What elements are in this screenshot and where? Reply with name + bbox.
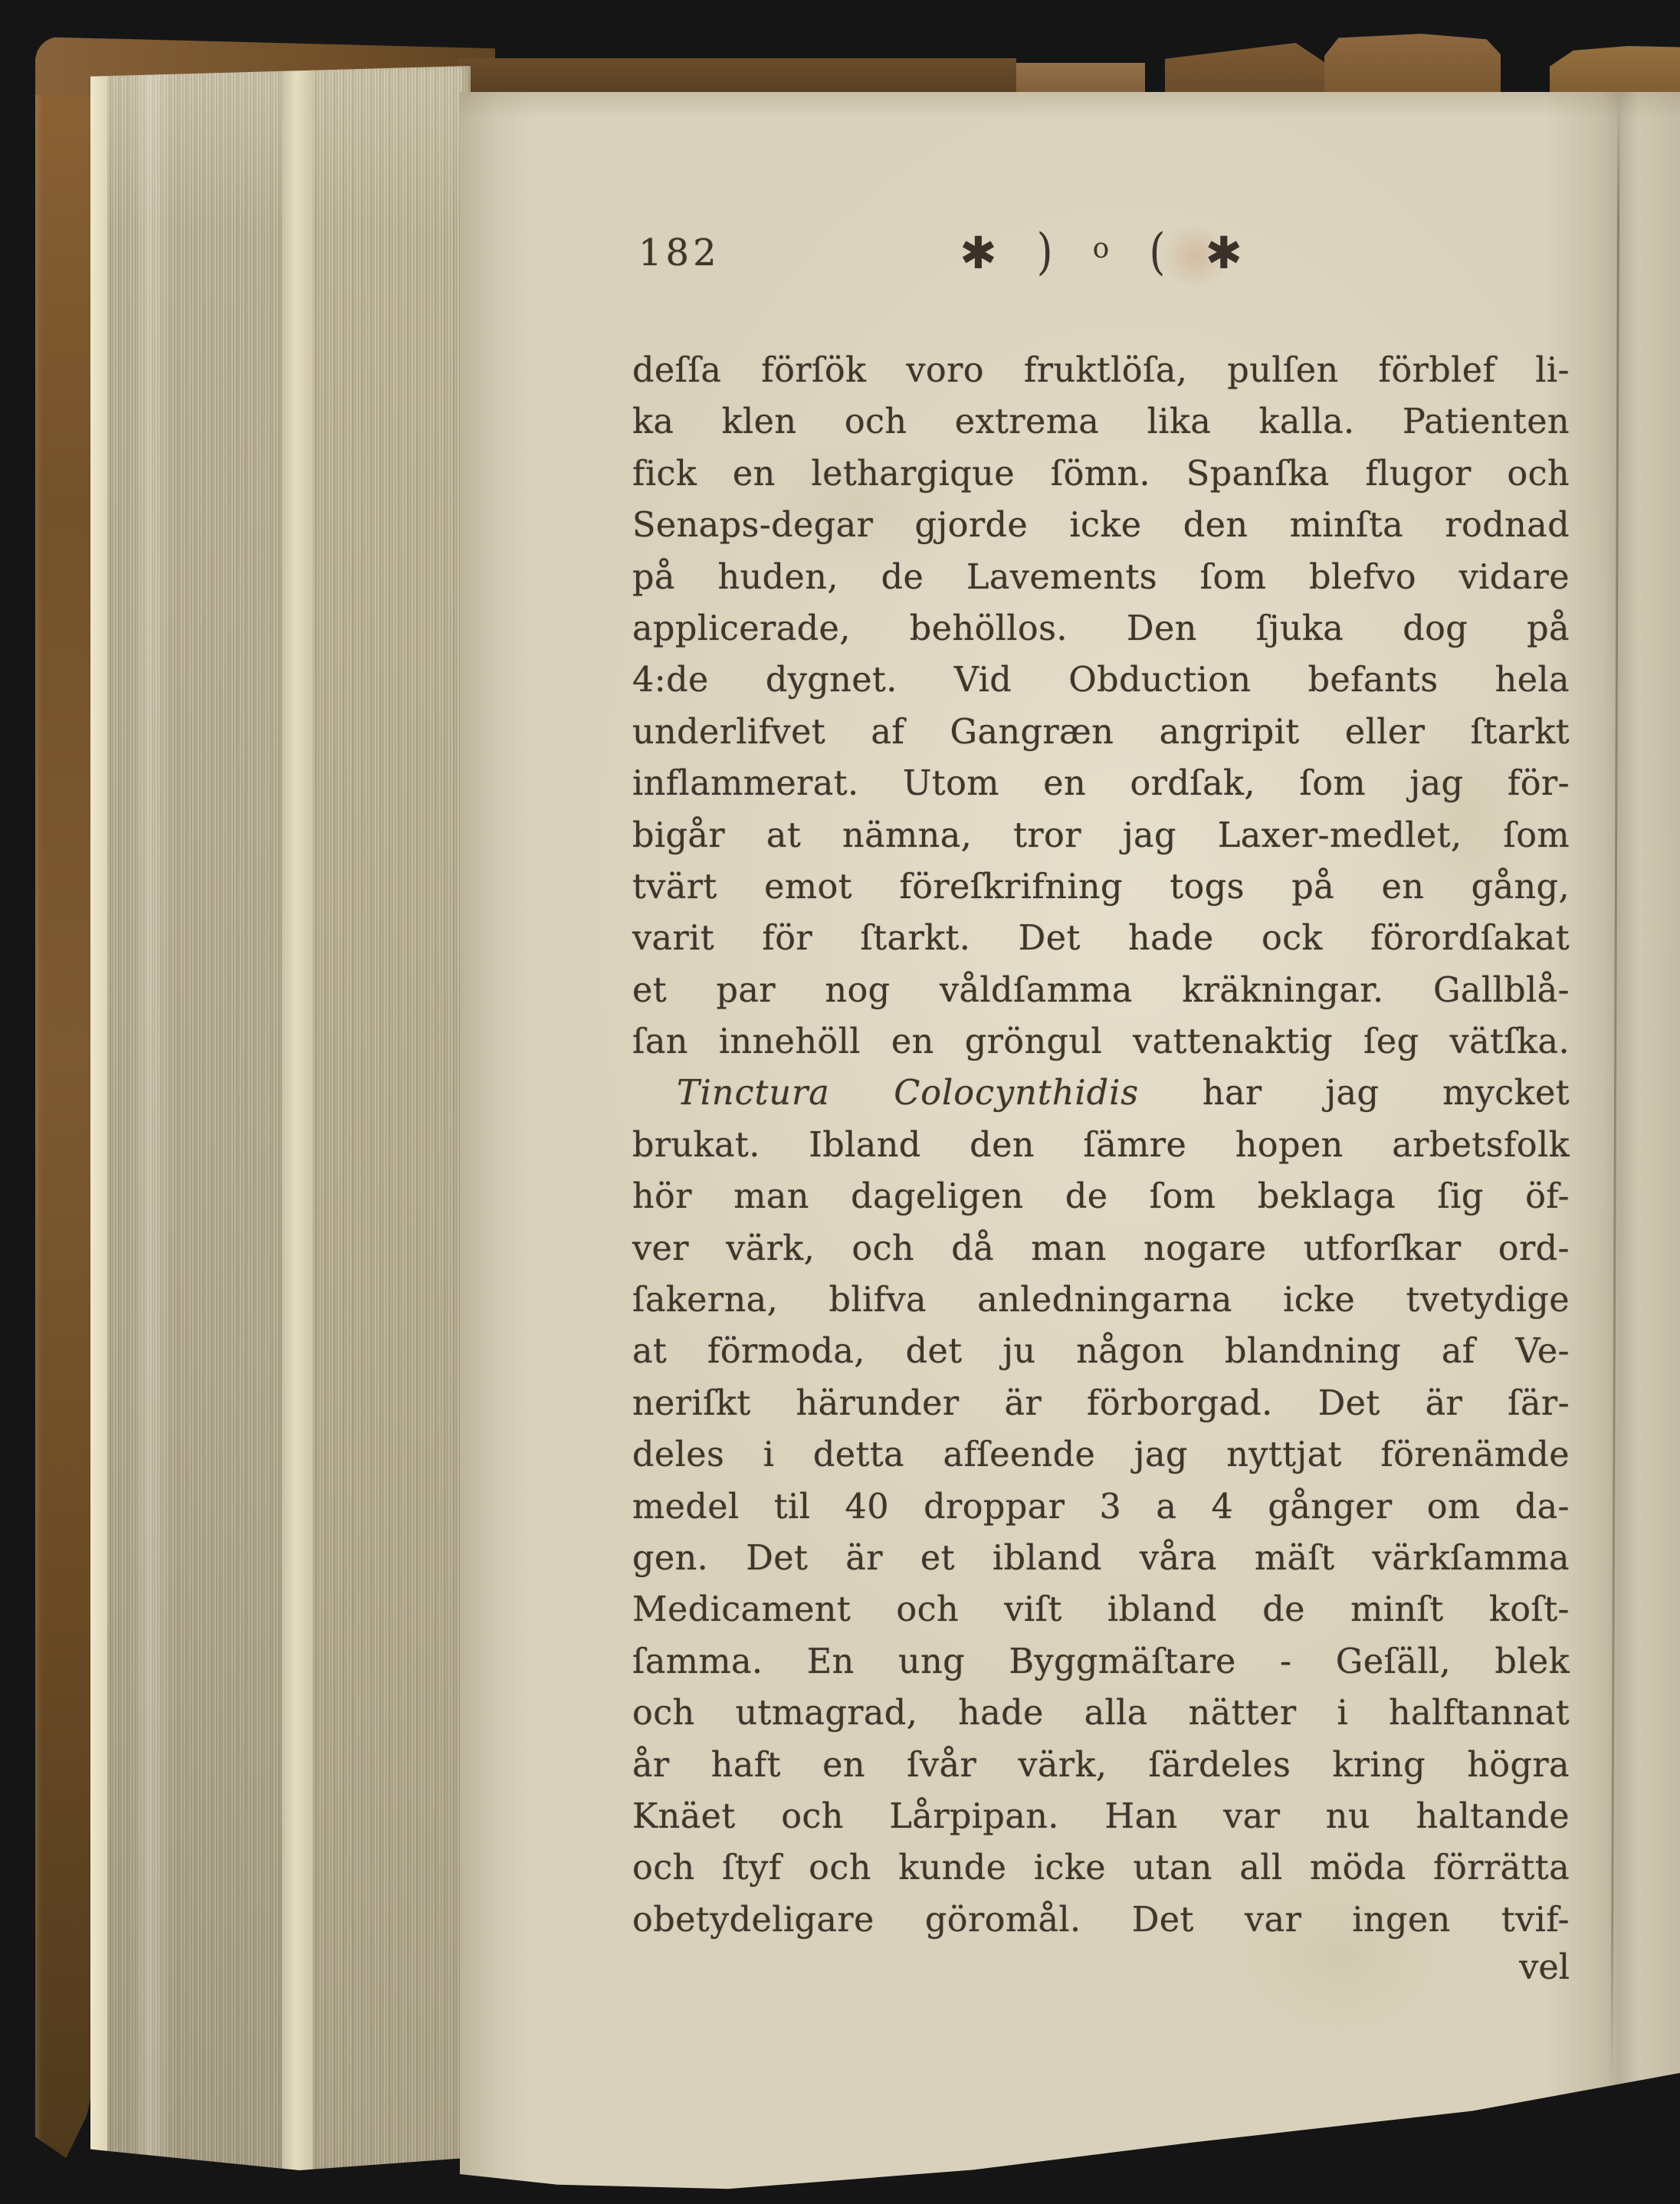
text-line: deſſa förſök voro fruktlöſa, pulſen förb… bbox=[632, 345, 1570, 396]
text-line: inflammerat. Utom en ordſak, ſom jag för… bbox=[632, 758, 1570, 809]
catchword: vel bbox=[632, 1948, 1570, 1999]
text-line: applicerade, behöllos. Den ſjuka dog på bbox=[632, 603, 1570, 654]
text-line: medel til 40 droppar 3 a 4 gånger om da- bbox=[632, 1481, 1570, 1533]
page-header: 182 ✱)o(✱ bbox=[632, 227, 1570, 285]
text-line: et par nog våldſamma kräkningar. Gallblå… bbox=[632, 965, 1570, 1016]
text-line: Senaps-degar gjorde icke den minſta rodn… bbox=[632, 500, 1570, 551]
text-line: och utmagrad, hade alla nätter i halftan… bbox=[632, 1687, 1570, 1739]
text-line: at förmoda, det ju någon blandning af Ve… bbox=[632, 1326, 1570, 1377]
page-edge-divider bbox=[282, 66, 313, 2170]
text-line: ſakerna, blifva anledningarna icke tvety… bbox=[632, 1274, 1570, 1326]
text-line: underlifvet af Gangræn angripit eller ſt… bbox=[632, 707, 1570, 758]
text-line: och ſtyf och kunde icke utan all möda fö… bbox=[632, 1842, 1570, 1894]
scanned-book-photo: 182 ✱)o(✱ deſſa förſök voro fruktlöſa, p… bbox=[0, 0, 1680, 2204]
page-stack-fore-edge bbox=[90, 66, 471, 2170]
header-ornament: ✱)o(✱ bbox=[632, 227, 1570, 279]
ornament-asterisk-right-icon: ✱ bbox=[1205, 227, 1242, 279]
text-line: fick en lethargique ſömn. Spanſka flugor… bbox=[632, 448, 1570, 500]
ornament-asterisk-left-icon: ✱ bbox=[960, 227, 997, 279]
text-line: Knäet och Lårpipan. Han var nu haltande bbox=[632, 1791, 1570, 1842]
text-line: ver värk, och då man nogare utforſkar or… bbox=[632, 1223, 1570, 1274]
text-line: Tinctura Colocynthidis har jag mycket bbox=[632, 1068, 1570, 1119]
open-page: 182 ✱)o(✱ deſſa förſök voro fruktlöſa, p… bbox=[460, 92, 1680, 2199]
text-line: obetydeligare göromål. Det var ingen tvi… bbox=[632, 1894, 1570, 1946]
page-edge-sliver bbox=[90, 66, 107, 2170]
page-edge-band bbox=[313, 66, 471, 2170]
text-line: år haft en ſvår värk, ſärdeles kring hög… bbox=[632, 1740, 1570, 1791]
text-line: tvärt emot föreſkrifning togs på en gång… bbox=[632, 861, 1570, 913]
text-line: deles i detta afſeende jag nyttjat fören… bbox=[632, 1429, 1570, 1481]
ornament-circle: o bbox=[1093, 233, 1110, 264]
book-cover-top-piece bbox=[1165, 43, 1324, 100]
text-line: 4:de dygnet. Vid Obduction befants hela bbox=[632, 654, 1570, 706]
text-line: varit för ſtarkt. Det hade ock förordſak… bbox=[632, 913, 1570, 964]
page-edge-band bbox=[107, 66, 282, 2170]
text-block: deſſa förſök voro fruktlöſa, pulſen förb… bbox=[632, 345, 1570, 1946]
text-line: brukat. Ibland den ſämre hopen arbetsfol… bbox=[632, 1120, 1570, 1171]
text-line: på huden, de Lavements ſom blefvo vidare bbox=[632, 552, 1570, 603]
ornament-paren-close: ) bbox=[1037, 222, 1053, 280]
book-cover-top-strip bbox=[458, 58, 1016, 95]
text-line: ſan innehöll en gröngul vattenaktig ſeg … bbox=[632, 1016, 1570, 1068]
text-line: ka klen och extrema lika kalla. Patiente… bbox=[632, 396, 1570, 448]
text-line: neriſkt härunder är förborgad. Det är ſä… bbox=[632, 1378, 1570, 1429]
text-line: hör man dageligen de ſom beklaga ſig öf- bbox=[632, 1171, 1570, 1222]
text-line: bigår at nämna, tror jag Laxer-medlet, ſ… bbox=[632, 810, 1570, 861]
text-line: Medicament och viſt ibland de minſt koſt… bbox=[632, 1584, 1570, 1635]
text-line: gen. Det är et ibland våra mäſt värkſamm… bbox=[632, 1533, 1570, 1584]
ornament-paren-open: ( bbox=[1149, 222, 1165, 280]
text-line: ſamma. En ung Byggmäſtare - Geſäll, blek bbox=[632, 1636, 1570, 1687]
